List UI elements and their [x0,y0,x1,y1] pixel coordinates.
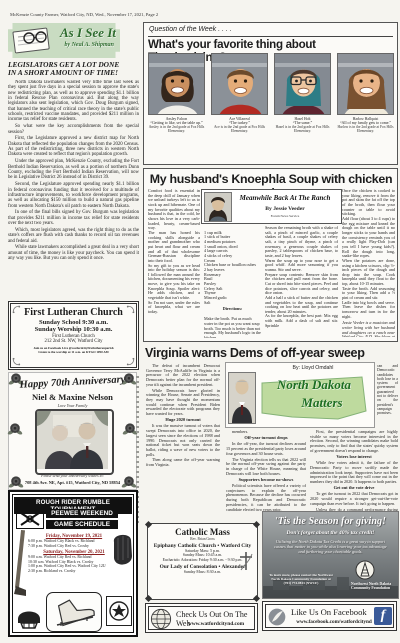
anniversary-address: 708 4th Ave. NE, Apt. #15, Watford City,… [9,480,136,485]
anniversary-names: Niel & Maxine Nelson [9,392,136,402]
virginia-subhead: Voters lose interest [310,455,398,460]
asisee-paragraph: Second, the Legislature approved spendin… [8,182,139,209]
newspaper-glasses-icon [11,25,57,55]
child-portrait-1 [149,54,205,115]
omdahl-portrait [229,373,255,423]
rose-icon [7,421,23,437]
facebook-glyph: f [381,608,386,623]
facebook-banner-title: Like Us On Facebook [291,607,377,617]
columnist-bio: Jessie Veeder is a musician and writer l… [342,321,395,337]
child-photo [148,53,205,115]
north-dakota-matters-graphic: By: Lloyd Omdahl North Dakota Matters [225,362,375,428]
church-ad: First Lutheran Church Sunday School 9:30… [8,301,139,370]
asisee-paragraph: While state lawmakers accomplished a gre… [8,245,139,261]
as-i-see-it-title: As I See It [60,25,116,41]
knoephla-col4: Once the chicken is cooked to your likin… [342,189,395,337]
season-org-name: Northwest North Dakota Community Foundat… [351,582,395,590]
virginia-paragraph: The defeat of incumbent Democrat Governo… [146,364,220,388]
peewee-weekend-label: PEEWEE WEEKEND [46,509,118,518]
child-bio: Hazel is in the 2nd grade at Fox Hills E… [274,125,331,133]
season-subtitle: Don't forget about the 40% tax credit! [263,530,398,536]
knoephla-col1: Comfort food is essential in the deep ch… [148,189,200,337]
asisee-paragraph: In one of the final bills signed by Gov.… [8,210,139,226]
virginia-paragraph: While Democrats have gloried in winning … [146,389,220,417]
hockey-helmet-icon [16,605,42,629]
directions-text: Make the broth. Put as much water in the… [204,316,261,338]
hockey-skate-icon [47,593,101,631]
child-card: Hazel Holt “The same.” Hazel is in the 2… [274,53,331,133]
virginia-paragraph: members. [226,430,306,435]
masthead: McKenzie County Farmer, Watford City, ND… [10,12,290,17]
child-bio: Ansley is in the 2nd grade at Fox Hills … [148,125,205,133]
church-worship-time: Sunday Worship 10:30 a.m. [11,326,136,333]
season-title: 'Tis the Season for giving! [263,516,398,527]
corner-flourish-icon [126,357,135,366]
knoephla-ingredients: 1 cup milk 1 stick of butter 4 medium po… [204,226,261,338]
column-title: Meanwhile Back At The Ranch [232,194,338,202]
oil-derrick-logo-icon [355,560,375,580]
mass-pastor: Rev. Brian Gross [148,537,257,541]
child-photo [274,53,331,115]
asisee-paragraph: Which, most legislators agreed, was the … [8,228,139,244]
child-card: Ansley Falcon “Getting to like, set the … [148,53,205,133]
knoephla-article: My husband's Knoephla Soup with chicken … [143,168,398,342]
church-address: 212 2nd St. NW, Watford City [11,339,136,344]
virginia-col1: The defeat of incumbent Democrat Governo… [146,364,220,517]
mass-title: Catholic Mass [148,527,257,537]
knoephla-col3: Season the remaining broth with a shake … [265,226,338,338]
asisee-paragraph: Under the approved plan, McKenzie County… [8,159,139,180]
child-photo [211,53,268,115]
crossed-sticks-icon [17,510,43,528]
asisee-body: North Dakota lawmakers wasted very littl… [8,80,139,297]
globe-icon [150,608,172,630]
lloyd-omdahl-photo [228,372,256,424]
anniversary-note: Please send your anniversary wishes to: [9,474,136,478]
quill-logo-icon [267,607,287,627]
virginia-col2: members. Off-year turnout drops In the o… [226,430,306,518]
game-schedule-label: GAME SCHEDULE [46,520,118,529]
nd-matters-logo-line1: North Dakota [256,377,372,393]
children-row: Ansley Falcon “Getting to like, set the … [148,53,395,133]
child-bio: Harlow is in the 2nd grade at Fox Hills … [337,125,394,133]
mass-church-1: Epiphany Catholic Church • Watford City [148,543,257,549]
column-service: Forum News Service [232,214,338,218]
child-card: Ace Villarreal “The turkey.” Ace is in t… [211,53,268,133]
child-portrait-3 [275,54,331,115]
child-bio: Ace is in the 2nd grade at Fox Hills Ele… [211,125,268,133]
church-school-time: Sunday School 9:30 a.m. [11,319,136,326]
child-portrait-4 [338,54,394,115]
asisee-headline-line2: IN A SHORT AMOUNT OF TIME! [8,68,118,77]
virginia-col3: First, the presidential campaigns are hi… [310,430,398,518]
cross-ornament-icon [239,550,253,574]
season-body: Utilizing the North Dakota Tax Credit is… [271,539,390,554]
saturday-games: 9:00 a.m. Watford City Red vs. Richland … [24,555,124,573]
columnist-portrait [205,193,231,221]
asisee-paragraph: So what were the key accomplishments fro… [8,124,139,135]
ingredients-list: 1 cup milk 1 stick of butter 4 medium po… [204,230,256,305]
asisee-headline: LEGISLATORS GET A LOT DONE IN A SHORT AM… [8,61,140,78]
virginia-paragraph: It was the massive turnout of voters tha… [146,424,220,457]
couple-photo [35,409,114,475]
virginia-paragraph: The Virginia election tells us that 2022… [226,458,306,477]
corner-diamond [145,595,152,602]
facebook-banner: Like Us On Facebook www.facebook.com/wat… [262,601,397,631]
newspaper-page: McKenzie County Farmer, Watford City, ND… [0,0,400,643]
asisee-paragraph: North Dakota lawmakers wasted very littl… [8,80,139,123]
virginia-byline: By: Lloyd Omdahl [254,365,372,371]
tournament-badge-icon [107,597,131,625]
column-byline-box: Meanwhile Back At The Ranch By Jessie Ve… [201,189,342,224]
virginia-strip: can and Democratic candidates both lose … [377,364,398,426]
virginia-subhead: Off-year turnout drops [226,436,306,441]
virginia-subhead: Get out the vote drive [310,486,398,491]
corner-diamond [253,595,260,602]
child-card: Harlow Hallquist “All of my family gets … [337,53,394,133]
directions-label: Directions: [204,307,261,312]
question-of-week-box: Question of the Week . . . . What's your… [143,22,398,165]
column-author: By Jessie Veeder [232,206,338,212]
kicker-rule [148,36,393,37]
virginia-subhead: Huge 2020 turnout [146,418,220,423]
child-photo [337,53,394,115]
anniversary-script-title: Happy 70th Anniversary [9,374,136,392]
virginia-paragraph: Then along came the off-year warning fro… [146,458,220,467]
virginia-paragraph: First, the presidential campaigns are hi… [310,430,398,454]
corner-flourish-icon [12,305,21,314]
virginia-paragraph: To get the turnout in 2022 that Democrat… [310,492,398,506]
question-kicker: Question of the Week . . . . [149,26,232,33]
couple-portrait [37,411,108,469]
facebook-icon: f [374,607,392,625]
asisee-paragraph: First, the Legislature approved a new di… [8,136,139,157]
tax-credit-ad: 'Tis the Season for giving! Don't forget… [262,511,399,599]
corner-flourish-icon [126,305,135,314]
hockey-club-logo [16,509,44,529]
anniversary-from: Love Your Family [9,403,136,408]
tournament-logo-box [106,596,132,626]
as-i-see-it-logo: As I See It by Neal A. Shipman [8,23,120,58]
anniversary-ad: Happy 70th Anniversary Niel & Maxine Nel… [8,372,137,490]
virginia-headline: Virginia warns Dems of off-year sweep [145,346,398,360]
as-i-see-it-byline: by Neal A. Shipman [65,42,114,48]
child-portrait-2 [212,54,268,115]
season-contact: To learn more, please contact the Northw… [268,574,334,586]
website-banner: Check Us Out On The Web www.watfordcityn… [145,603,258,633]
virginia-paragraph: While few voters admit it, the failure o… [310,461,398,485]
knoephla-col4-text: Once the chicken is cooked to your likin… [342,189,395,319]
corner-flourish-icon [12,357,21,366]
virginia-paragraph: Political scientists have offered a vari… [226,484,306,512]
friday-games: 6:00 p.m. Watford City Black vs. Richlan… [24,539,124,548]
church-radio-note: Listen to the worship at 11 a.m. on KTGO… [11,350,136,354]
virginia-subhead: Supporters become no-shows [226,478,306,483]
game-schedule: Friday, November 19, 2021 6:00 p.m. Watf… [24,532,124,574]
nd-matters-logo-line2: Matters [272,395,372,411]
church-title: First Lutheran Church [11,307,136,318]
jessie-veeder-photo [204,192,232,222]
skate-graphic-box [46,592,102,632]
facebook-url: www.facebook.com/watfordcitynd [291,619,377,625]
catholic-mass-ad: Catholic Mass Rev. Brian Gross Epiphany … [147,523,258,600]
virginia-paragraph: In the off-year, the turnout declines ar… [226,442,306,456]
website-url: www.watfordcitynd.com [176,621,256,627]
hockey-tournament-ad: ROUGH RIDER RUMBLE TOURNAMENT PEEWEE WEE… [8,490,138,637]
